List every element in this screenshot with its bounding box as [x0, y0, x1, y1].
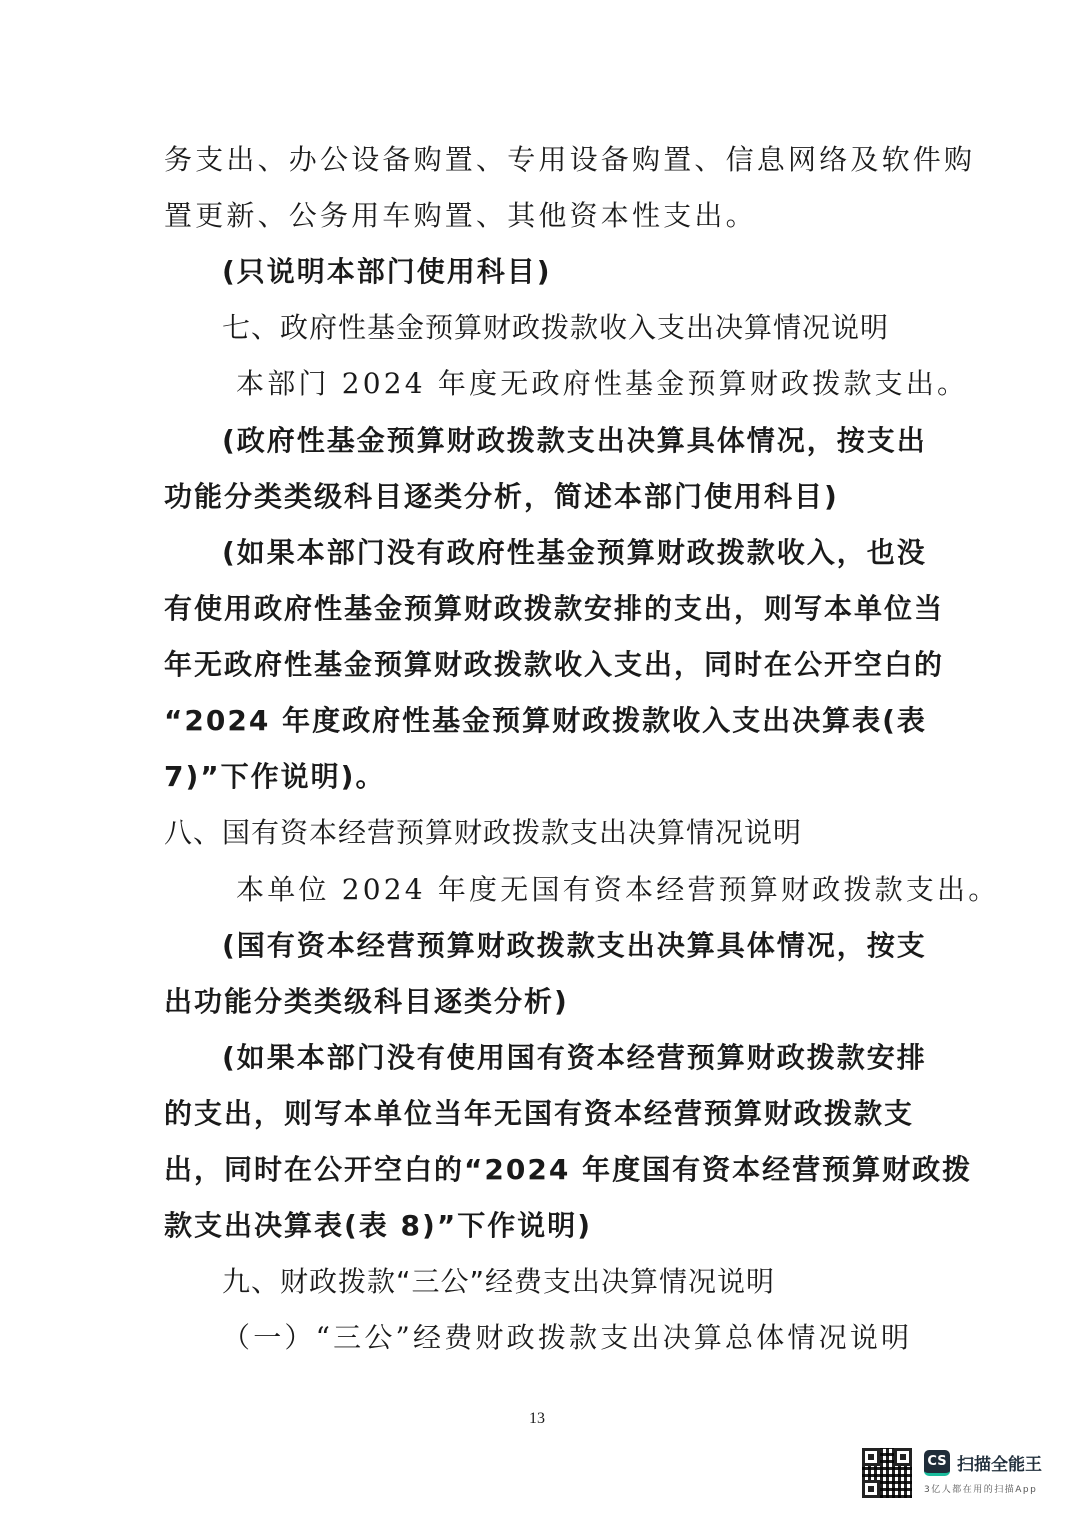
- section-heading-9: 九、财政拨款“三公”经费支出决算情况说明: [222, 1264, 775, 1300]
- note-text-line: 款支出决算表(表 8)”下作说明): [164, 1208, 592, 1244]
- note-text-line: 年无政府性基金预算财政拨款收入支出，同时在公开空白的: [164, 647, 944, 683]
- note-text-line: 功能分类类级科目逐类分析，简述本部门使用科目): [164, 479, 839, 515]
- note-text-line: 7)”下作说明)。: [164, 759, 385, 795]
- note-text-line: 出功能分类类级科目逐类分析): [164, 984, 569, 1020]
- body-text-line: 置更新、公务用车购置、其他资本性支出。: [164, 198, 757, 234]
- note-text-line: (政府性基金预算财政拨款支出决算具体情况，按支出: [222, 423, 927, 459]
- app-name: 扫描全能王: [957, 1450, 1042, 1475]
- note-text-line: 的支出，则写本单位当年无国有资本经营预算财政拨款支: [164, 1096, 914, 1132]
- section-heading-7: 七、政府性基金预算财政拨款收入支出决算情况说明: [222, 310, 889, 346]
- subsection-heading: （一）“三公”经费财政拨款支出决算总体情况说明: [222, 1320, 912, 1356]
- body-text-line: 本单位 2024 年度无国有资本经营预算财政拨款支出。: [236, 872, 999, 908]
- page-number: 13: [0, 1410, 1074, 1428]
- note-text-line: (如果本部门没有政府性基金预算财政拨款收入，也没: [222, 535, 927, 571]
- qr-code-icon: [862, 1448, 912, 1498]
- note-text-line: 有使用政府性基金预算财政拨款安排的支出，则写本单位当: [164, 591, 944, 627]
- body-text-line: 本部门 2024 年度无政府性基金预算财政拨款支出。: [236, 366, 968, 402]
- camscanner-logo-icon: CS: [924, 1450, 950, 1476]
- app-tagline: 3亿人都在用的扫描App: [924, 1482, 1037, 1495]
- note-text-line: (只说明本部门使用科目): [222, 254, 552, 290]
- note-text-line: (如果本部门没有使用国有资本经营预算财政拨款安排: [222, 1040, 927, 1076]
- note-text-line: (国有资本经营预算财政拨款支出决算具体情况，按支: [222, 928, 927, 964]
- scanner-watermark: CS 扫描全能王 3亿人都在用的扫描App: [862, 1448, 1062, 1504]
- note-text-line: “2024 年度政府性基金预算财政拨款收入支出决算表(表: [164, 703, 927, 739]
- section-heading-8: 八、国有资本经营预算财政拨款支出决算情况说明: [164, 815, 802, 851]
- note-text-line: 出，同时在公开空白的“2024 年度国有资本经营预算财政拨: [164, 1152, 972, 1188]
- body-text-line: 务支出、办公设备购置、专用设备购置、信息网络及软件购: [164, 142, 975, 178]
